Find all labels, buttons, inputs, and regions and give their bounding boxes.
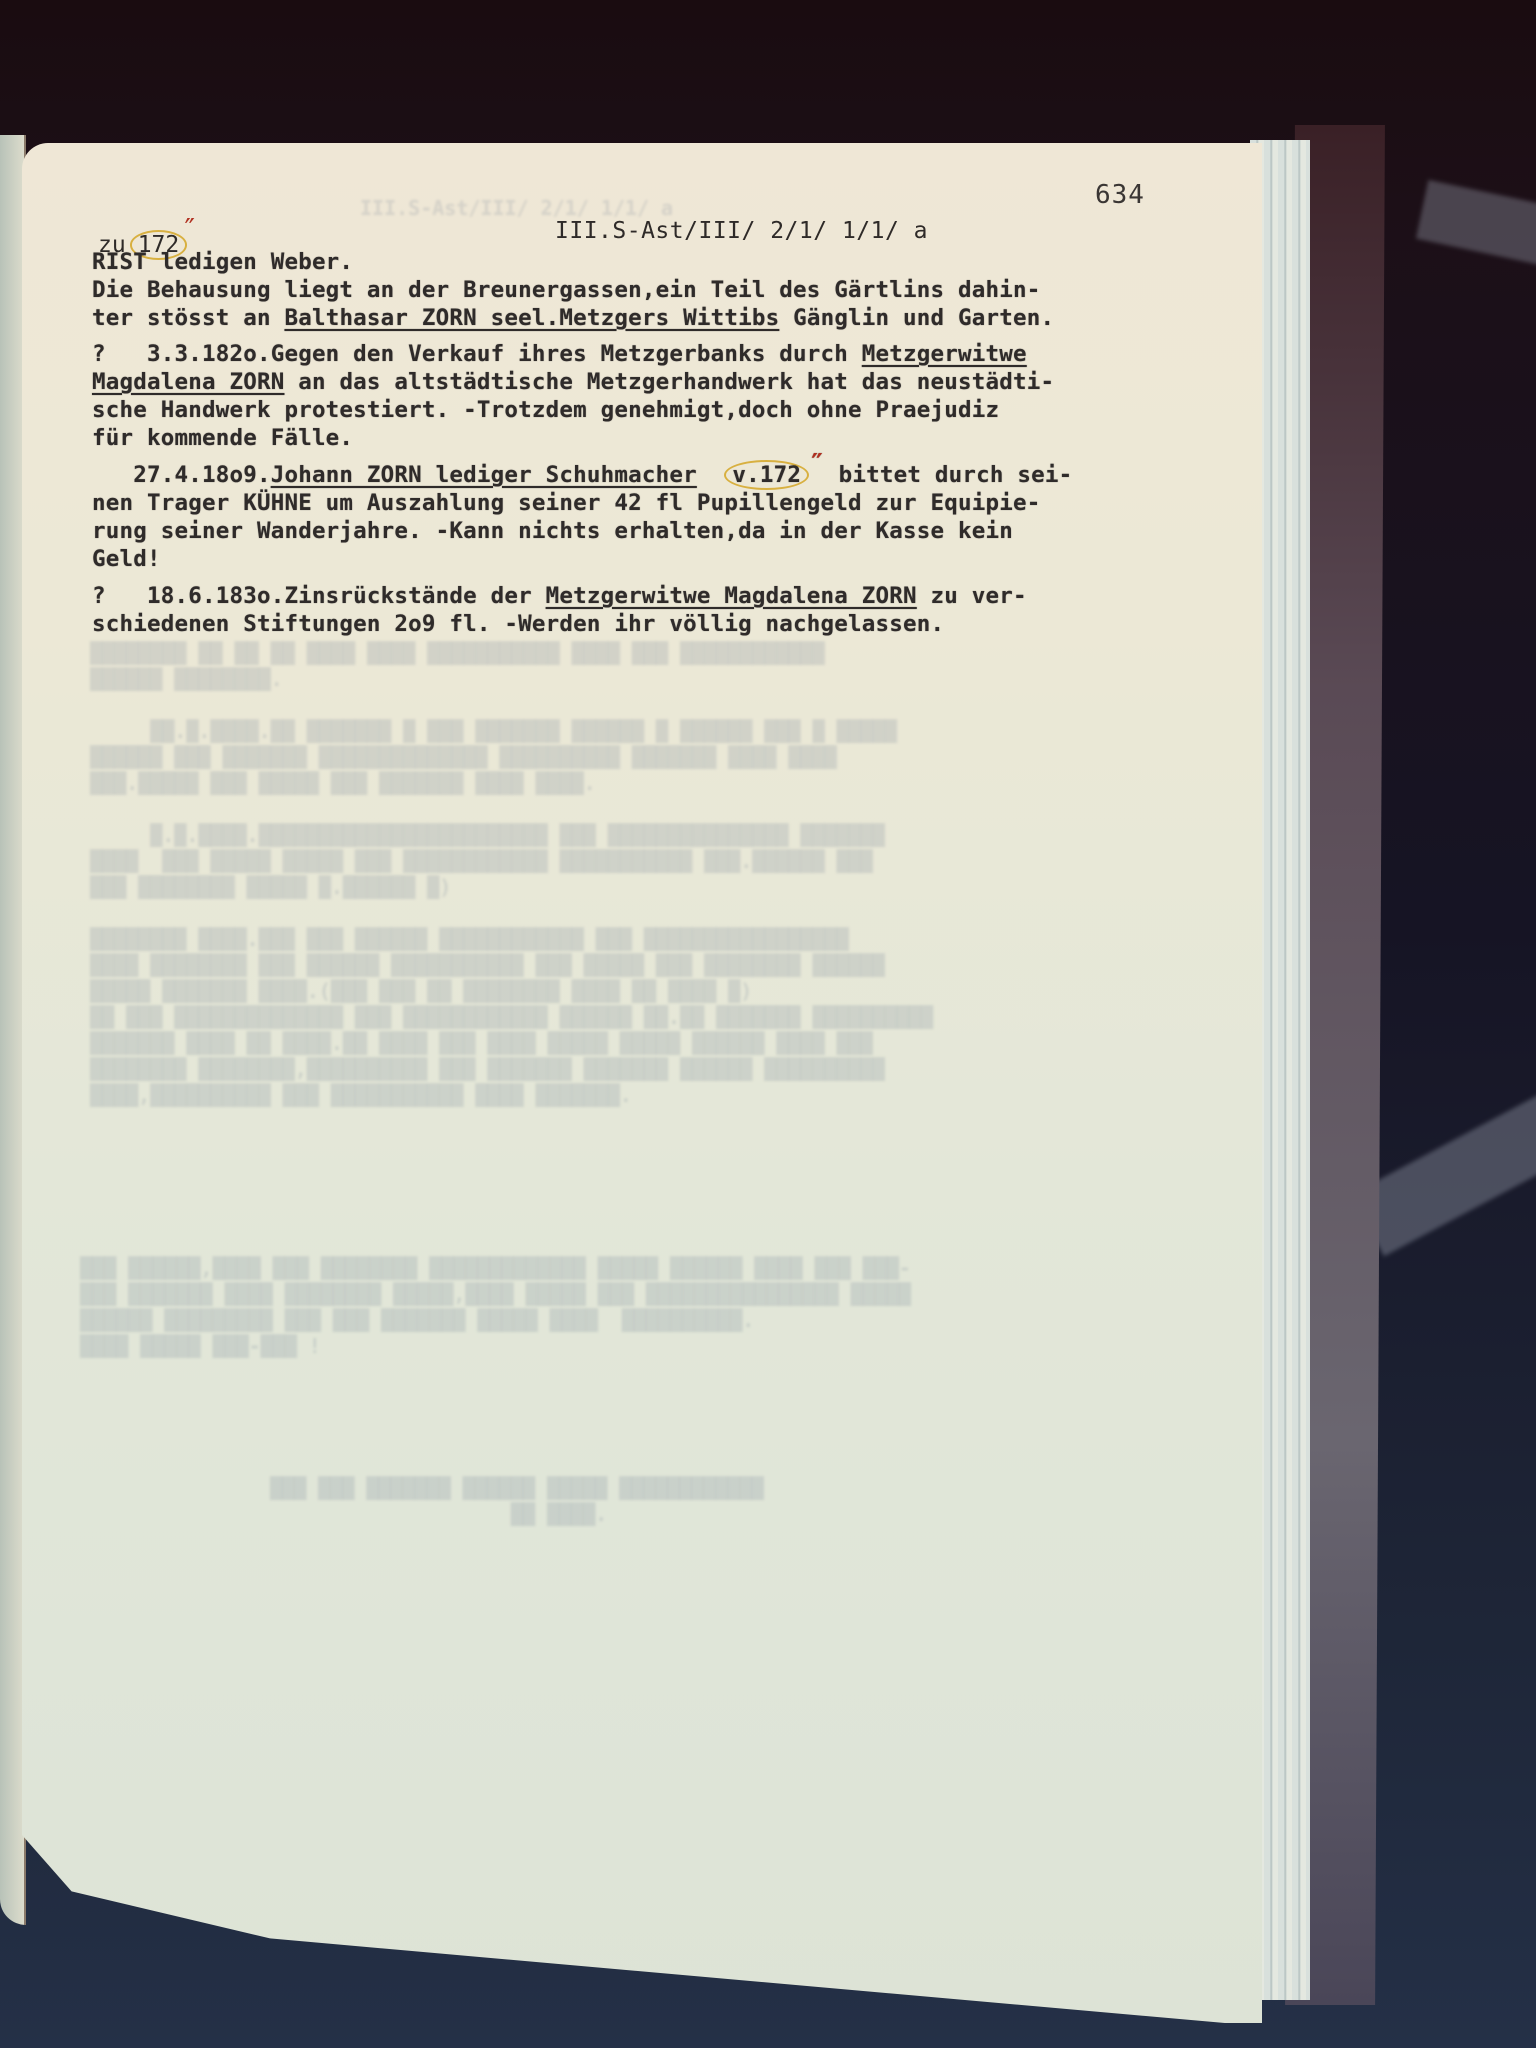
text-line: RIST ledigen Weber.	[92, 249, 353, 275]
circled-reference: v.172	[724, 460, 809, 490]
text-line: sche Handwerk protestiert. -Trotzdem gen…	[92, 397, 999, 423]
text-line: Geld!	[92, 546, 161, 572]
text-line: ? 3.3.182o.Gegen den Verkauf ihres Metzg…	[92, 341, 1027, 367]
text-line: für kommende Fälle.	[92, 425, 353, 451]
archive-reference-code: III.S-Ast/III/ 2/1/ 1/1/ a	[555, 218, 928, 244]
underlined-name: Johann ZORN lediger Schuhmacher	[271, 462, 697, 488]
entry-rist: RIST ledigen Weber. Die Behausung liegt …	[92, 248, 1242, 332]
background-strap	[1416, 180, 1536, 280]
red-tick-mark: ″	[181, 212, 198, 245]
red-tick-mark: ″	[809, 449, 825, 479]
underlined-name: Metzgerwitwe	[862, 341, 1027, 367]
text-line: nen Trager KÜHNE um Auszahlung seiner 42…	[92, 490, 1040, 516]
show-through-text: ███ ███ ███████ ██████ █████ ███████████…	[270, 1475, 764, 1527]
text-line: schiedenen Stiftungen 2o9 fl. -Werden ih…	[92, 611, 944, 637]
show-through-text: ████████ ██ ██ ██ ████ ████ ███████████ …	[90, 640, 933, 1108]
page-number: 634	[1095, 180, 1145, 210]
entry-1820: ? 3.3.182o.Gegen den Verkauf ihres Metzg…	[92, 340, 1242, 452]
text-line: Magdalena ZORN an das altstädtische Metz…	[92, 369, 1054, 395]
underlined-name: Magdalena ZORN	[92, 369, 284, 395]
text-line: rung seiner Wanderjahre. -Kann nichts er…	[92, 518, 1013, 544]
show-through-text: ███ ██████,████ ███ ████████ ███████████…	[80, 1255, 911, 1359]
text-line: 27.4.18o9.Johann ZORN lediger Schuhmache…	[92, 462, 1072, 488]
text-line: ? 18.6.183o.Zinsrückstände der Metzgerwi…	[92, 583, 1027, 609]
text-line: ter stösst an Balthasar ZORN seel.Metzge…	[92, 305, 1054, 331]
underlined-name: Balthasar ZORN seel.Metzgers Wittibs	[284, 305, 779, 331]
text-line: Die Behausung liegt an der Breunergassen…	[92, 277, 1040, 303]
underlined-name: Metzgerwitwe Magdalena ZORN	[546, 583, 917, 609]
entry-1830: ? 18.6.183o.Zinsrückstände der Metzgerwi…	[92, 582, 1242, 638]
entry-1809: 27.4.18o9.Johann ZORN lediger Schuhmache…	[92, 460, 1242, 573]
